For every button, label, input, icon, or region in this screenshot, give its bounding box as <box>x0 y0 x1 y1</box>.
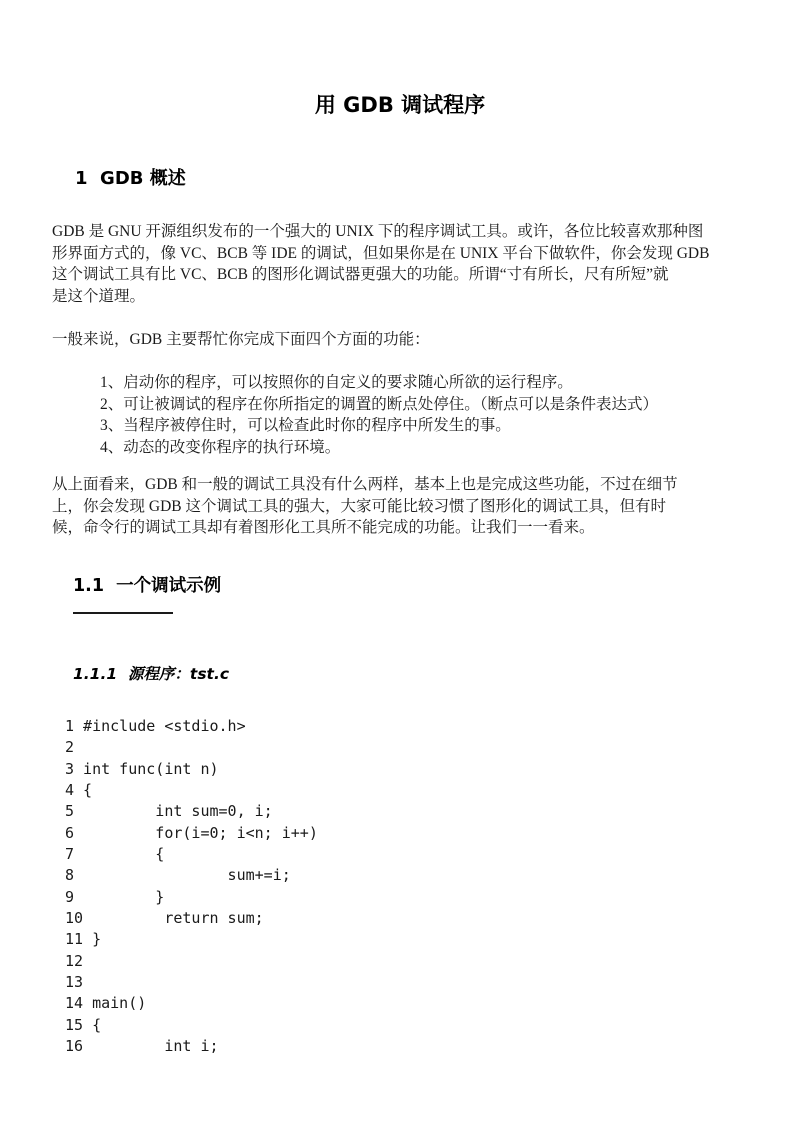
section-heading-gdb-overview: 1 GDB 概述 <box>75 167 186 191</box>
code-line: 6 for(i=0; i<n; i++) <box>65 823 318 844</box>
text-line: 一般来说，GDB 主要帮忙你完成下面四个方面的功能： <box>52 329 757 351</box>
code-line: 12 <box>65 951 318 972</box>
code-line: 7 { <box>65 844 318 865</box>
section-heading-source-tst-c: 1.1.1 源程序：tst.c <box>73 663 229 685</box>
code-line: 2 <box>65 737 318 758</box>
section-heading-debug-example: 1.1 一个调试示例 <box>73 574 221 598</box>
code-line: 14 main() <box>65 993 318 1014</box>
text-line: 是这个道理。 <box>52 286 757 308</box>
text-line: 形界面方式的，像 VC、BCB 等 IDE 的调试，但如果你是在 UNIX 平台… <box>52 243 757 265</box>
intro-paragraph: GDB 是 GNU 开源组织发布的一个强大的 UNIX 下的程序调试工具。或许，… <box>52 221 757 308</box>
code-line: 9 } <box>65 887 318 908</box>
section-underline-rule <box>73 612 173 614</box>
code-line: 8 sum+=i; <box>65 865 318 886</box>
text-line: 候，命令行的调试工具却有着图形化工具所不能完成的功能。让我们一一看来。 <box>52 517 757 539</box>
text-line: 上，你会发现 GDB 这个调试工具的强大，大家可能比较习惯了图形化的调试工具，但… <box>52 496 757 518</box>
list-item: 2、可让被调试的程序在你所指定的调置的断点处停住。（断点可以是条件表达式） <box>100 394 658 416</box>
text-line: GDB 是 GNU 开源组织发布的一个强大的 UNIX 下的程序调试工具。或许，… <box>52 221 757 243</box>
list-item: 3、当程序被停住时，可以检查此时你的程序中所发生的事。 <box>100 415 658 437</box>
features-lead-paragraph: 一般来说，GDB 主要帮忙你完成下面四个方面的功能： <box>52 329 757 351</box>
code-line: 1 #include <stdio.h> <box>65 716 318 737</box>
source-code-listing: 1 #include <stdio.h>23 int func(int n)4 … <box>65 716 318 1058</box>
summary-paragraph: 从上面看来，GDB 和一般的调试工具没有什么两样，基本上也是完成这些功能，不过在… <box>52 474 757 539</box>
code-line: 4 { <box>65 780 318 801</box>
code-line: 3 int func(int n) <box>65 759 318 780</box>
code-line: 13 <box>65 972 318 993</box>
text-line: 从上面看来，GDB 和一般的调试工具没有什么两样，基本上也是完成这些功能，不过在… <box>52 474 757 496</box>
document-page: 用 GDB 调试程序 1 GDB 概述 GDB 是 GNU 开源组织发布的一个强… <box>0 0 800 1132</box>
text-line: 这个调试工具有比 VC、BCB 的图形化调试器更强大的功能。所谓“寸有所长，尺有… <box>52 264 757 286</box>
code-line: 16 int i; <box>65 1036 318 1057</box>
document-title: 用 GDB 调试程序 <box>0 92 800 118</box>
code-line: 11 } <box>65 929 318 950</box>
list-item: 1、启动你的程序，可以按照你的自定义的要求随心所欲的运行程序。 <box>100 372 658 394</box>
code-line: 15 { <box>65 1015 318 1036</box>
feature-list: 1、启动你的程序，可以按照你的自定义的要求随心所欲的运行程序。2、可让被调试的程… <box>100 372 658 459</box>
list-item: 4、动态的改变你程序的执行环境。 <box>100 437 658 459</box>
code-line: 10 return sum; <box>65 908 318 929</box>
code-line: 5 int sum=0, i; <box>65 801 318 822</box>
